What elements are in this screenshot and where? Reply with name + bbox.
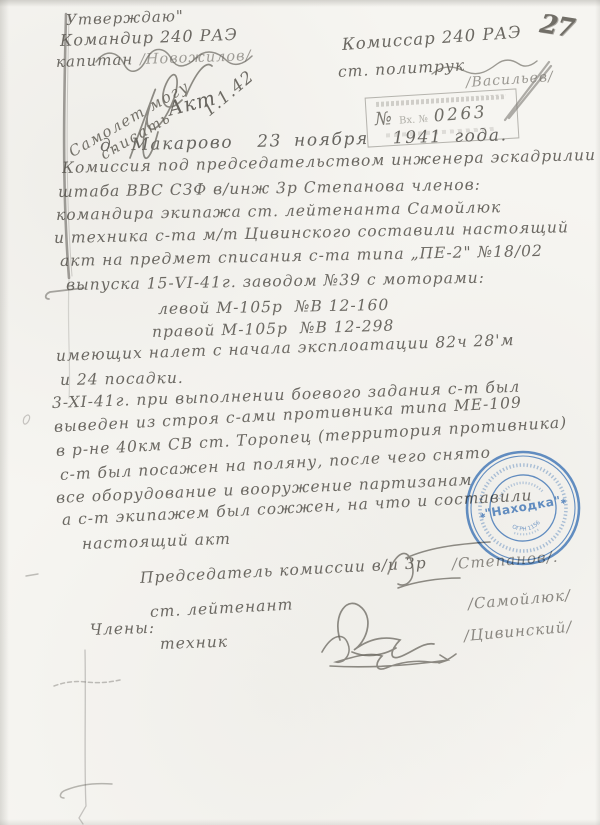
chairman-label: Председатель комиссии в/и 3р [140,555,428,587]
body-line: настоящий акт [82,531,232,553]
blue-round-stamp: "Находка" ОГРН 1156 ✱ ✱ [461,446,585,570]
body-line: акт на предмет списания с-та типа „ПЕ-2"… [60,243,543,270]
pencil-dash-left [26,574,38,576]
member2-rank: техник [160,634,229,653]
scan-edge-top [0,0,600,7]
fold-crease-bottom [79,650,86,824]
signature-samoylyuk [338,603,434,657]
stamp-number-symbol: № [374,109,393,130]
fold-dashes-row [54,680,120,686]
approval-line-1: Утверждаю" [66,8,184,29]
stamp-asterisk-right: ✱ [560,497,567,506]
signature-tsivinsky [322,636,456,669]
commissar-line-1: Комиссар 240 РАЭ [341,23,522,54]
scan-edge-left [0,0,9,825]
body-line: выпуска 15-VI-41г. заводом №39 с моторам… [66,270,485,294]
approval-signer-name: /Новожилов/ [140,49,252,69]
stamp-number: 0263 [433,103,488,126]
page-number: 27 [538,10,576,44]
stamp-label: Вх. № [399,114,428,127]
approval-rank: капитан [56,51,134,70]
body-line: штаба ВВС СЗФ в/инж 3р Степанова членов: [58,177,481,201]
members-label: Члены: [90,620,156,639]
scanned-act-document: Утверждаю" Командир 240 РАЭ капитан /Нов… [0,0,600,825]
stamp-inner-text-arc-top [497,479,542,499]
member1-name: /Самойлюк/ [467,587,571,612]
commissar-rank: ст. политрук [338,57,466,81]
pencil-squiggle-left [23,415,29,424]
approval-line-2: Командир 240 РАЭ [60,26,238,50]
scan-edge-bottom [0,819,600,825]
member1-rank: ст. лейтенант [150,597,294,622]
scan-edge-right [595,0,600,825]
member2-name: /Цивинский/ [463,619,573,645]
body-line: и 24 посадки. [60,370,184,389]
stamp-center-text: "Находка" [484,493,562,520]
engine-left-line: левой М-105р №В 12-160 [158,297,390,318]
fold-cross-bottom [60,784,112,798]
